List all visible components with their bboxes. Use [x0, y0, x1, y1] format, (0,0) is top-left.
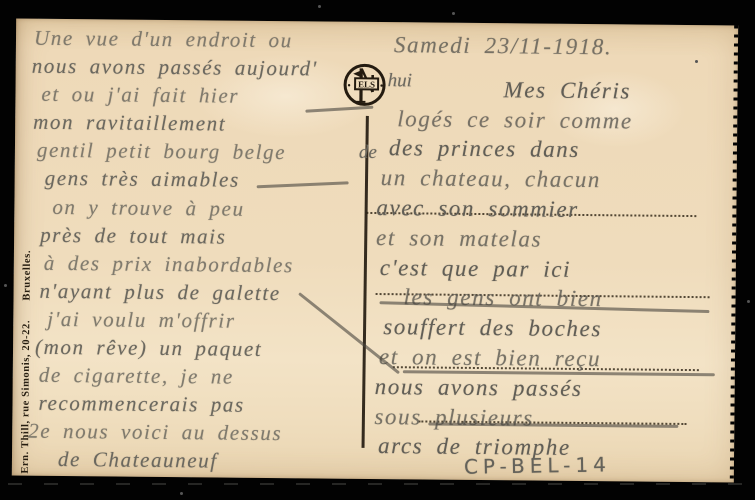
handwritten-line: à des prix inabordables — [44, 249, 378, 280]
handwritten-line: on y trouve à peu — [52, 192, 378, 223]
dust-speck — [4, 284, 7, 287]
postcard: Ern. Thill, rue Simonis, 20-22. Bruxelle… — [12, 19, 738, 483]
dust-speck — [180, 492, 183, 495]
date-line: Samedi 23/11-1918. — [394, 30, 738, 63]
handwritten-line: mon ravitaillement — [33, 108, 379, 139]
handwritten-line: gens très aimables — [45, 164, 379, 195]
scanner-artifact-line — [8, 483, 747, 485]
handwritten-line: près de tout mais — [40, 220, 378, 251]
handwritten-message-right-column: Samedi 23/11-1918. Mes Chéris logés ce s… — [372, 30, 738, 465]
handwritten-line: Une vue d'un endroit ou — [34, 24, 380, 55]
handwritten-line: sous plusieurs — [374, 402, 738, 435]
handwritten-line: 2e nous voici au dessus — [28, 417, 376, 448]
handwritten-line: j'ai voulu m'offrir — [47, 305, 377, 336]
handwritten-line: et ou j'ai fait hier — [41, 80, 379, 111]
handwritten-line: c'est que par ici — [380, 253, 738, 286]
handwritten-message-left-column: Une vue d'un endroit ou nous avons passé… — [28, 24, 380, 477]
handwritten-word-fragment: hui — [388, 70, 412, 92]
handwritten-line: (mon rêve) un paquet — [35, 333, 377, 364]
handwritten-line: et son matelas — [376, 223, 738, 256]
handwritten-line: recommencerais pas — [38, 389, 376, 420]
handwritten-line: de Chateauneuf — [58, 445, 376, 476]
handwritten-line: des princes dans — [389, 134, 738, 167]
catalog-number: CP-BEL-14 — [464, 452, 611, 478]
salutation: Mes Chéris — [503, 75, 738, 107]
handwritten-line: souffert des boches — [383, 312, 738, 345]
dust-speck — [318, 5, 321, 8]
dust-speck — [747, 300, 750, 303]
handwritten-line: avec son sommier — [376, 193, 738, 226]
handwritten-line: un chateau, chacun — [381, 163, 739, 196]
handwritten-line: de cigarette, je ne — [39, 361, 377, 392]
dust-speck — [695, 60, 698, 63]
handwritten-word-fragment: de — [359, 142, 377, 164]
handwritten-line: n'ayant plus de galette — [39, 277, 377, 308]
dust-speck — [452, 12, 455, 15]
handwritten-line: nous avons passés — [375, 372, 739, 405]
scan-background: Ern. Thill, rue Simonis, 20-22. Bruxelle… — [0, 0, 755, 500]
handwritten-line: nous avons passés aujourd' — [32, 52, 380, 83]
handwritten-line: gentil petit bourg belge — [37, 136, 379, 167]
handwritten-line: logés ce soir comme — [397, 104, 738, 137]
